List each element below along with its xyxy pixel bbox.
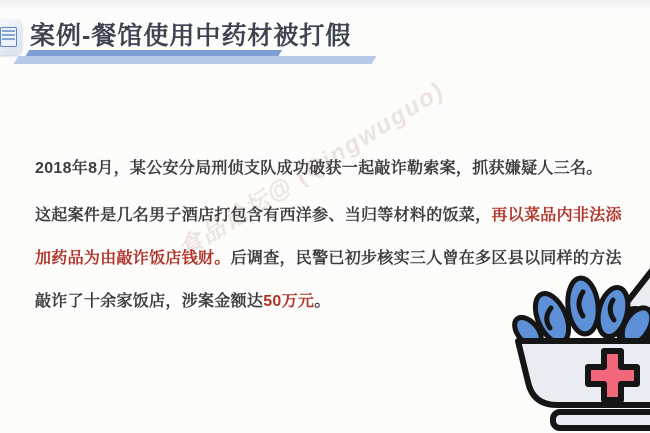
- title-underline-light: [14, 56, 377, 64]
- text-segment: 2018年8月，某公安分局刑侦支队成功破获一起敲诈勒索案，抓获嫌疑人三名。: [35, 160, 603, 177]
- stamp-icon: [0, 19, 22, 55]
- emphasized-text: 再以菜品内非法添: [491, 207, 621, 224]
- emphasized-text: 50万元: [263, 293, 314, 310]
- text-segment: 这起案件是几名男子酒店打包含有西洋参、当归等材料的饭菜，: [35, 207, 491, 224]
- stamp-icon-pattern: [0, 27, 17, 47]
- mortar-base: [553, 412, 650, 428]
- photo-edge-shading: [0, 0, 650, 10]
- emphasized-text: 加药品为由敲诈饭店钱财。: [35, 250, 231, 267]
- text-segment: 。: [314, 293, 330, 310]
- body-line: 2018年8月，某公安分局刑侦支队成功破获一起敲诈勒索案，抓获嫌疑人三名。: [35, 147, 635, 190]
- text-segment: 敲诈了十余家饭店，涉案金额达: [35, 293, 263, 310]
- text-segment: 后调查，民警已初步核实三人曾在多区县以同样的方法: [231, 250, 622, 267]
- slide: 案例-餐馆使用中药材被打假 食品论坛@ (Qingwuguo) 2018年8月，…: [0, 0, 650, 433]
- body-line: 这起案件是几名男子酒店打包含有西洋参、当归等材料的饭菜，再以菜品内非法添: [35, 194, 635, 237]
- page-title: 案例-餐馆使用中药材被打假: [30, 16, 351, 52]
- mortar-pestle-illustration: [495, 266, 650, 433]
